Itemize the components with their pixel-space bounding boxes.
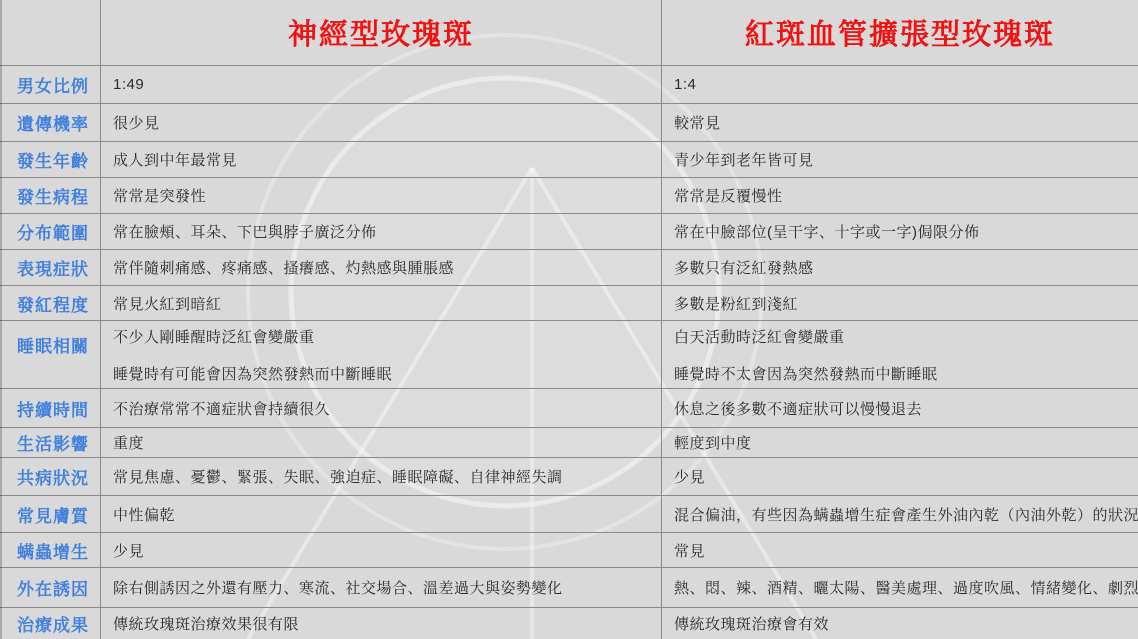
table-row-skin-type: 常見膚質 中性偏乾 混合偏油，有些因為螨蟲增生症會產生外油內乾（內油外乾）的狀況	[0, 495, 1138, 532]
cell-neural: 不少人剛睡醒時泛紅會變嚴重 睡覺時有可能會因為突然發熱而中斷睡眠	[100, 321, 661, 388]
comparison-table: 神經型玫瑰斑 紅斑血管擴張型玫瑰斑 男女比例 1:49 1:4 遺傳機率 很少見…	[0, 0, 1138, 639]
cell-etr: 混合偏油，有些因為螨蟲增生症會產生外油內乾（內油外乾）的狀況	[661, 496, 1138, 532]
cell-neural: 常在臉頰、耳朵、下巴與脖子廣泛分佈	[100, 214, 661, 249]
cell-etr: 青少年到老年皆可見	[661, 142, 1138, 177]
cell-etr: 休息之後多數不適症狀可以慢慢退去	[661, 389, 1138, 427]
cell-line-1: 不少人剛睡醒時泛紅會變嚴重	[113, 326, 315, 347]
cell-line-2: 睡覺時不太會因為突然發熱而中斷睡眠	[674, 363, 938, 384]
cell-neural: 少見	[100, 533, 661, 567]
table-row-disease-course: 發生病程 常常是突發性 常常是反覆慢性	[0, 177, 1138, 213]
table-row-distribution: 分布範圍 常在臉頰、耳朵、下巴與脖子廣泛分佈 常在中臉部位(呈干字、十字或一字)…	[0, 213, 1138, 249]
row-label: 遺傳機率	[0, 104, 100, 141]
header-title-neural-type: 神經型玫瑰斑	[100, 0, 661, 65]
table-row-symptoms: 表現症狀 常伴隨刺痛感、疼痛感、搔癢感、灼熱感與腫脹感 多數只有泛紅發熱感	[0, 249, 1138, 285]
cell-etr: 多數是粉紅到淺紅	[661, 286, 1138, 320]
cell-etr: 輕度到中度	[661, 428, 1138, 457]
row-label: 發生病程	[0, 178, 100, 213]
row-label: 共病狀況	[0, 458, 100, 495]
table-header-row: 神經型玫瑰斑 紅斑血管擴張型玫瑰斑	[0, 0, 1138, 65]
cell-etr: 常常是反覆慢性	[661, 178, 1138, 213]
cell-etr: 多數只有泛紅發熱感	[661, 250, 1138, 285]
row-label: 螨蟲增生	[0, 533, 100, 567]
row-label: 睡眠相關	[0, 321, 100, 388]
row-label: 發紅程度	[0, 286, 100, 320]
cell-line-2: 睡覺時有可能會因為突然發熱而中斷睡眠	[113, 363, 392, 384]
cell-neural: 中性偏乾	[100, 496, 661, 532]
cell-etr: 常見	[661, 533, 1138, 567]
table-row-treatment-outcome: 治療成果 傳統玫瑰斑治療效果很有限 傳統玫瑰斑治療會有效	[0, 607, 1138, 639]
cell-etr: 白天活動時泛紅會變嚴重 睡覺時不太會因為突然發熱而中斷睡眠	[661, 321, 1138, 388]
row-label: 持續時間	[0, 389, 100, 427]
row-label: 分布範圍	[0, 214, 100, 249]
table-row-comorbidity: 共病狀況 常見焦慮、憂鬱、緊張、失眠、強迫症、睡眠障礙、自律神經失調 少見	[0, 457, 1138, 495]
table-row-duration: 持續時間 不治療常常不適症狀會持續很久 休息之後多數不適症狀可以慢慢退去	[0, 388, 1138, 427]
row-label: 常見膚質	[0, 496, 100, 532]
row-label: 外在誘因	[0, 568, 100, 607]
cell-neural: 常常是突發性	[100, 178, 661, 213]
slide-comparison-rosacea: 神經型玫瑰斑 紅斑血管擴張型玫瑰斑 男女比例 1:49 1:4 遺傳機率 很少見…	[0, 0, 1138, 639]
table-row-life-impact: 生活影響 重度 輕度到中度	[0, 427, 1138, 457]
table-row-demodex: 螨蟲增生 少見 常見	[0, 532, 1138, 567]
header-empty-corner	[0, 0, 100, 65]
cell-etr: 少見	[661, 458, 1138, 495]
cell-etr: 熱、悶、辣、酒精、曬太陽、醫美處理、過度吹風、情緒變化、劇烈運動	[661, 568, 1138, 607]
cell-line-1: 白天活動時泛紅會變嚴重	[674, 326, 845, 347]
table-row-sleep-related: 睡眠相關 不少人剛睡醒時泛紅會變嚴重 睡覺時有可能會因為突然發熱而中斷睡眠 白天…	[0, 320, 1138, 388]
row-label: 發生年齡	[0, 142, 100, 177]
row-label: 男女比例	[0, 66, 100, 103]
cell-neural: 除右側誘因之外還有壓力、寒流、社交場合、溫差過大與姿勢變化	[100, 568, 661, 607]
cell-neural: 很少見	[100, 104, 661, 141]
cell-neural: 傳統玫瑰斑治療效果很有限	[100, 608, 661, 639]
cell-neural: 不治療常常不適症狀會持續很久	[100, 389, 661, 427]
table-row-onset-age: 發生年齡 成人到中年最常見 青少年到老年皆可見	[0, 141, 1138, 177]
cell-etr: 傳統玫瑰斑治療會有效	[661, 608, 1138, 639]
cell-neural: 重度	[100, 428, 661, 457]
cell-neural: 常伴隨刺痛感、疼痛感、搔癢感、灼熱感與腫脹感	[100, 250, 661, 285]
row-label: 生活影響	[0, 428, 100, 457]
table-row-gender-ratio: 男女比例 1:49 1:4	[0, 65, 1138, 103]
table-row-heredity: 遺傳機率 很少見 較常見	[0, 103, 1138, 141]
table-row-redness-degree: 發紅程度 常見火紅到暗紅 多數是粉紅到淺紅	[0, 285, 1138, 320]
cell-etr: 較常見	[661, 104, 1138, 141]
row-label: 治療成果	[0, 608, 100, 639]
cell-etr: 1:4	[661, 66, 1138, 103]
cell-etr: 常在中臉部位(呈干字、十字或一字)侷限分佈	[661, 214, 1138, 249]
cell-neural: 常見火紅到暗紅	[100, 286, 661, 320]
table-row-external-triggers: 外在誘因 除右側誘因之外還有壓力、寒流、社交場合、溫差過大與姿勢變化 熱、悶、辣…	[0, 567, 1138, 607]
cell-neural: 成人到中年最常見	[100, 142, 661, 177]
cell-neural: 常見焦慮、憂鬱、緊張、失眠、強迫症、睡眠障礙、自律神經失調	[100, 458, 661, 495]
row-label: 表現症狀	[0, 250, 100, 285]
cell-neural: 1:49	[100, 66, 661, 103]
header-title-erythematotelangiectatic-type: 紅斑血管擴張型玫瑰斑	[661, 0, 1138, 65]
screen-edge-shadow	[0, 0, 2, 639]
